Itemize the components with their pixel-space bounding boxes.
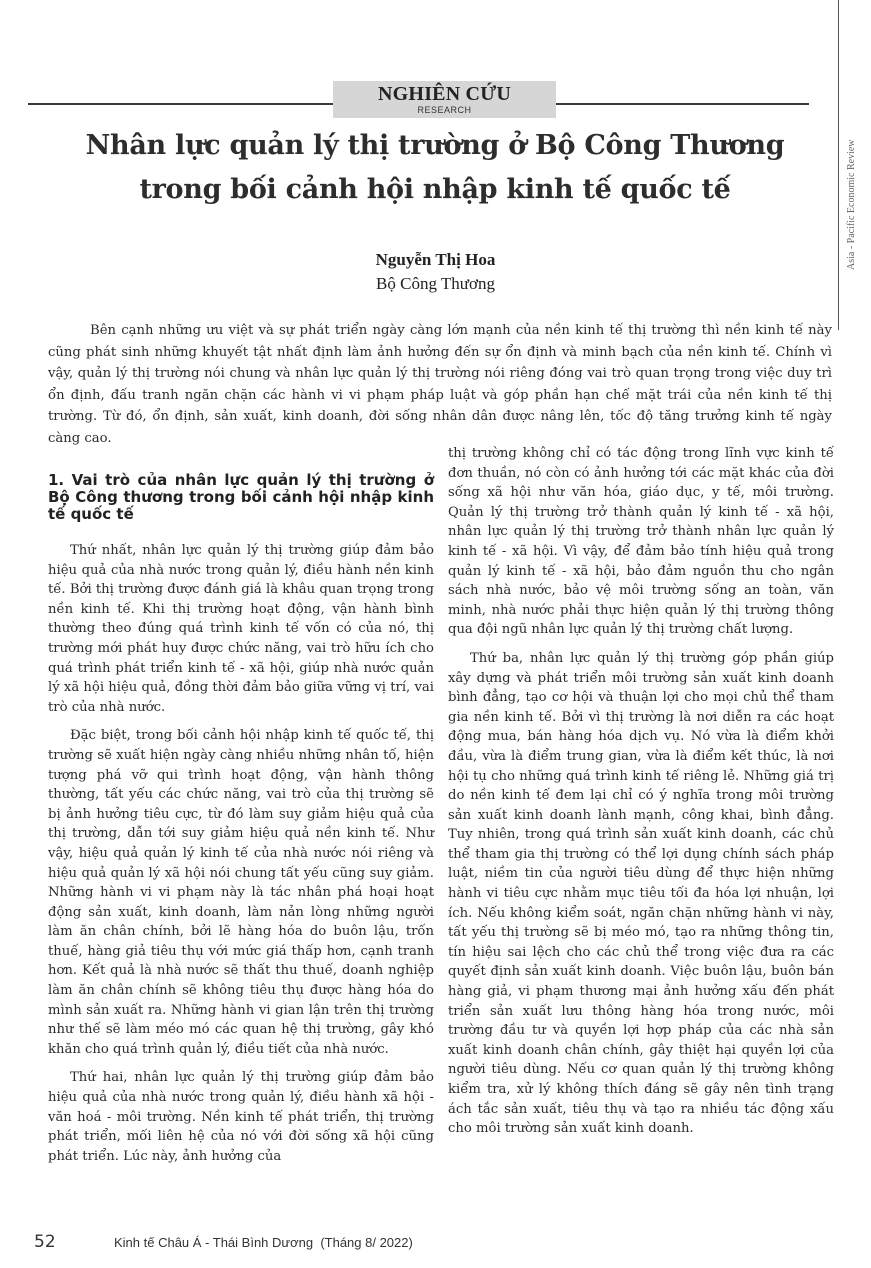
article-title-line-2: trong bối cảnh hội nhập kinh tế quốc tế — [40, 168, 830, 212]
left-column: 1. Vai trò của nhân lực quản lý thị trườ… — [48, 472, 434, 1175]
author-affiliation: Bộ Công Thương — [0, 274, 871, 294]
paragraph: Thứ ba, nhân lực quản lý thị trường góp … — [448, 649, 834, 1139]
section-heading: 1. Vai trò của nhân lực quản lý thị trườ… — [48, 472, 434, 523]
section-subtitle: RESEARCH — [333, 105, 556, 115]
section-label-box: NGHIÊN CỨU RESEARCH — [333, 81, 556, 118]
paragraph: Thứ hai, nhân lực quản lý thị trường giú… — [48, 1068, 434, 1166]
header-rule-left — [28, 103, 333, 105]
paragraph: Thứ nhất, nhân lực quản lý thị trường gi… — [48, 541, 434, 717]
paragraph: thị trường không chỉ có tác động trong l… — [448, 444, 834, 640]
paragraph: Đặc biệt, trong bối cảnh hội nhập kinh t… — [48, 726, 434, 1059]
author-name: Nguyễn Thị Hoa — [0, 250, 871, 270]
header-rule-right — [556, 103, 809, 105]
section-title: NGHIÊN CỨU — [333, 81, 556, 105]
abstract: Bên cạnh những ưu việt và sự phát triển … — [48, 320, 832, 449]
article-title: Nhân lực quản lý thị trường ở Bộ Công Th… — [40, 124, 830, 212]
journal-issue: Kinh tế Châu Á - Thái Bình Dương (Tháng … — [114, 1235, 413, 1250]
right-column: thị trường không chỉ có tác động trong l… — [448, 444, 834, 1148]
page-number: 52 — [34, 1232, 56, 1252]
journal-page: Asia - Pacific Economic Review NGHIÊN CỨ… — [0, 0, 871, 1268]
article-title-line-1: Nhân lực quản lý thị trường ở Bộ Công Th… — [40, 124, 830, 168]
